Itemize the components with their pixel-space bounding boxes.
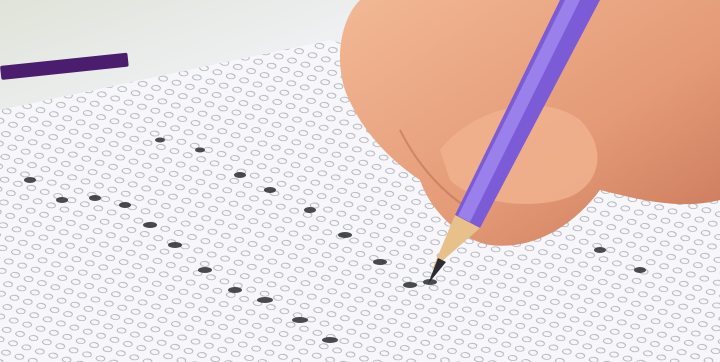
photo-scene: Close-up photograph of a hand holding a …	[0, 0, 720, 362]
hand-with-pencil	[0, 0, 720, 362]
